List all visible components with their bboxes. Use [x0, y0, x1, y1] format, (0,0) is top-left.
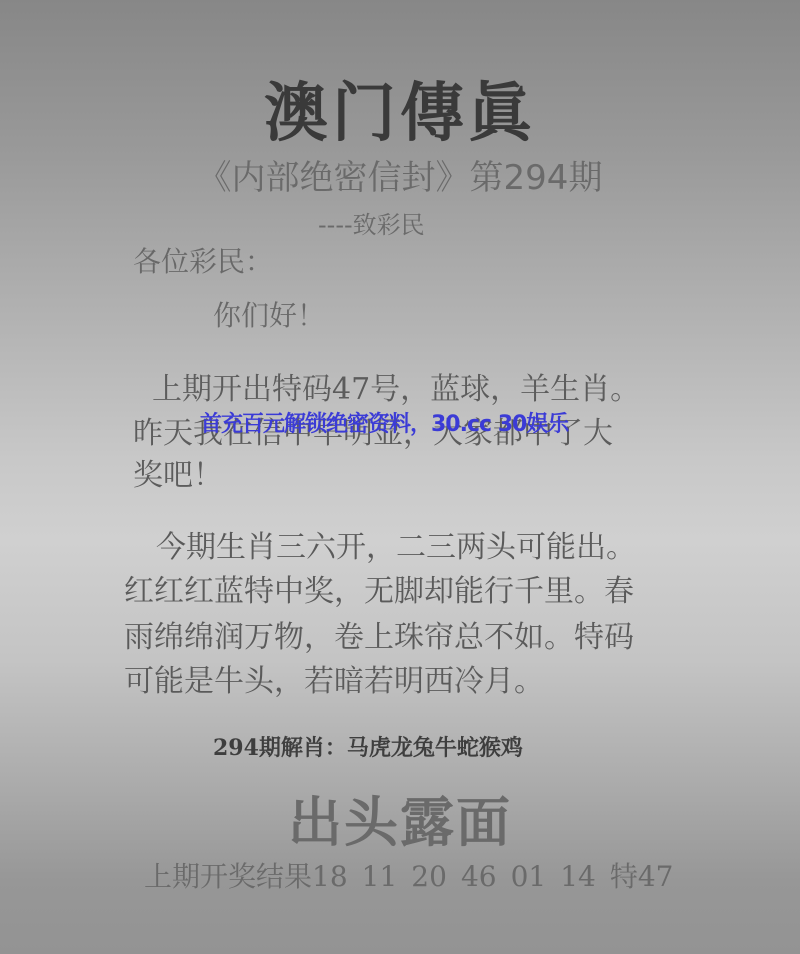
- paragraph2-line: 雨绵绵润万物，卷上珠帘总不如。特码: [124, 612, 634, 656]
- result-label: 上期开奖结果: [144, 860, 312, 893]
- paragraph1-line: 上期开出特码47号，蓝球，羊生肖。: [152, 364, 640, 408]
- paragraph1-line: 奖吧！: [133, 450, 223, 494]
- paragraph2-line: 今期生肖三六开，二三两头可能出。: [156, 522, 636, 566]
- paragraph2-line: 可能是牛头，若暗若明西冷月。: [124, 656, 544, 700]
- result-number: 20: [411, 860, 447, 893]
- result-number: 01: [511, 860, 547, 893]
- result-number: 46: [461, 860, 497, 893]
- last-draw-result: 上期开奖结果181120460114特47: [144, 855, 674, 895]
- zodiac-hint: 294期解肖：马虎龙兔牛蛇猴鸡: [213, 731, 523, 762]
- letter-greeting: 各位彩民：: [133, 240, 273, 280]
- page-title: 澳门傳眞: [0, 62, 800, 154]
- watermark-link[interactable]: 首充百元解锁绝密资料，30.cc 30娱乐: [200, 407, 568, 438]
- big-phrase: 出头露面: [0, 780, 800, 857]
- result-number: 14: [560, 860, 596, 893]
- result-special: 特47: [610, 860, 674, 893]
- letter-hello: 你们好！: [213, 294, 325, 334]
- paragraph2-line: 红红红蓝特中奖，无脚却能行千里。春: [124, 566, 634, 610]
- result-number: 18: [312, 860, 348, 893]
- result-number: 11: [362, 860, 398, 893]
- dedication: ----致彩民: [318, 205, 425, 240]
- issue-subtitle: 《内部绝密信封》第294期: [0, 150, 800, 199]
